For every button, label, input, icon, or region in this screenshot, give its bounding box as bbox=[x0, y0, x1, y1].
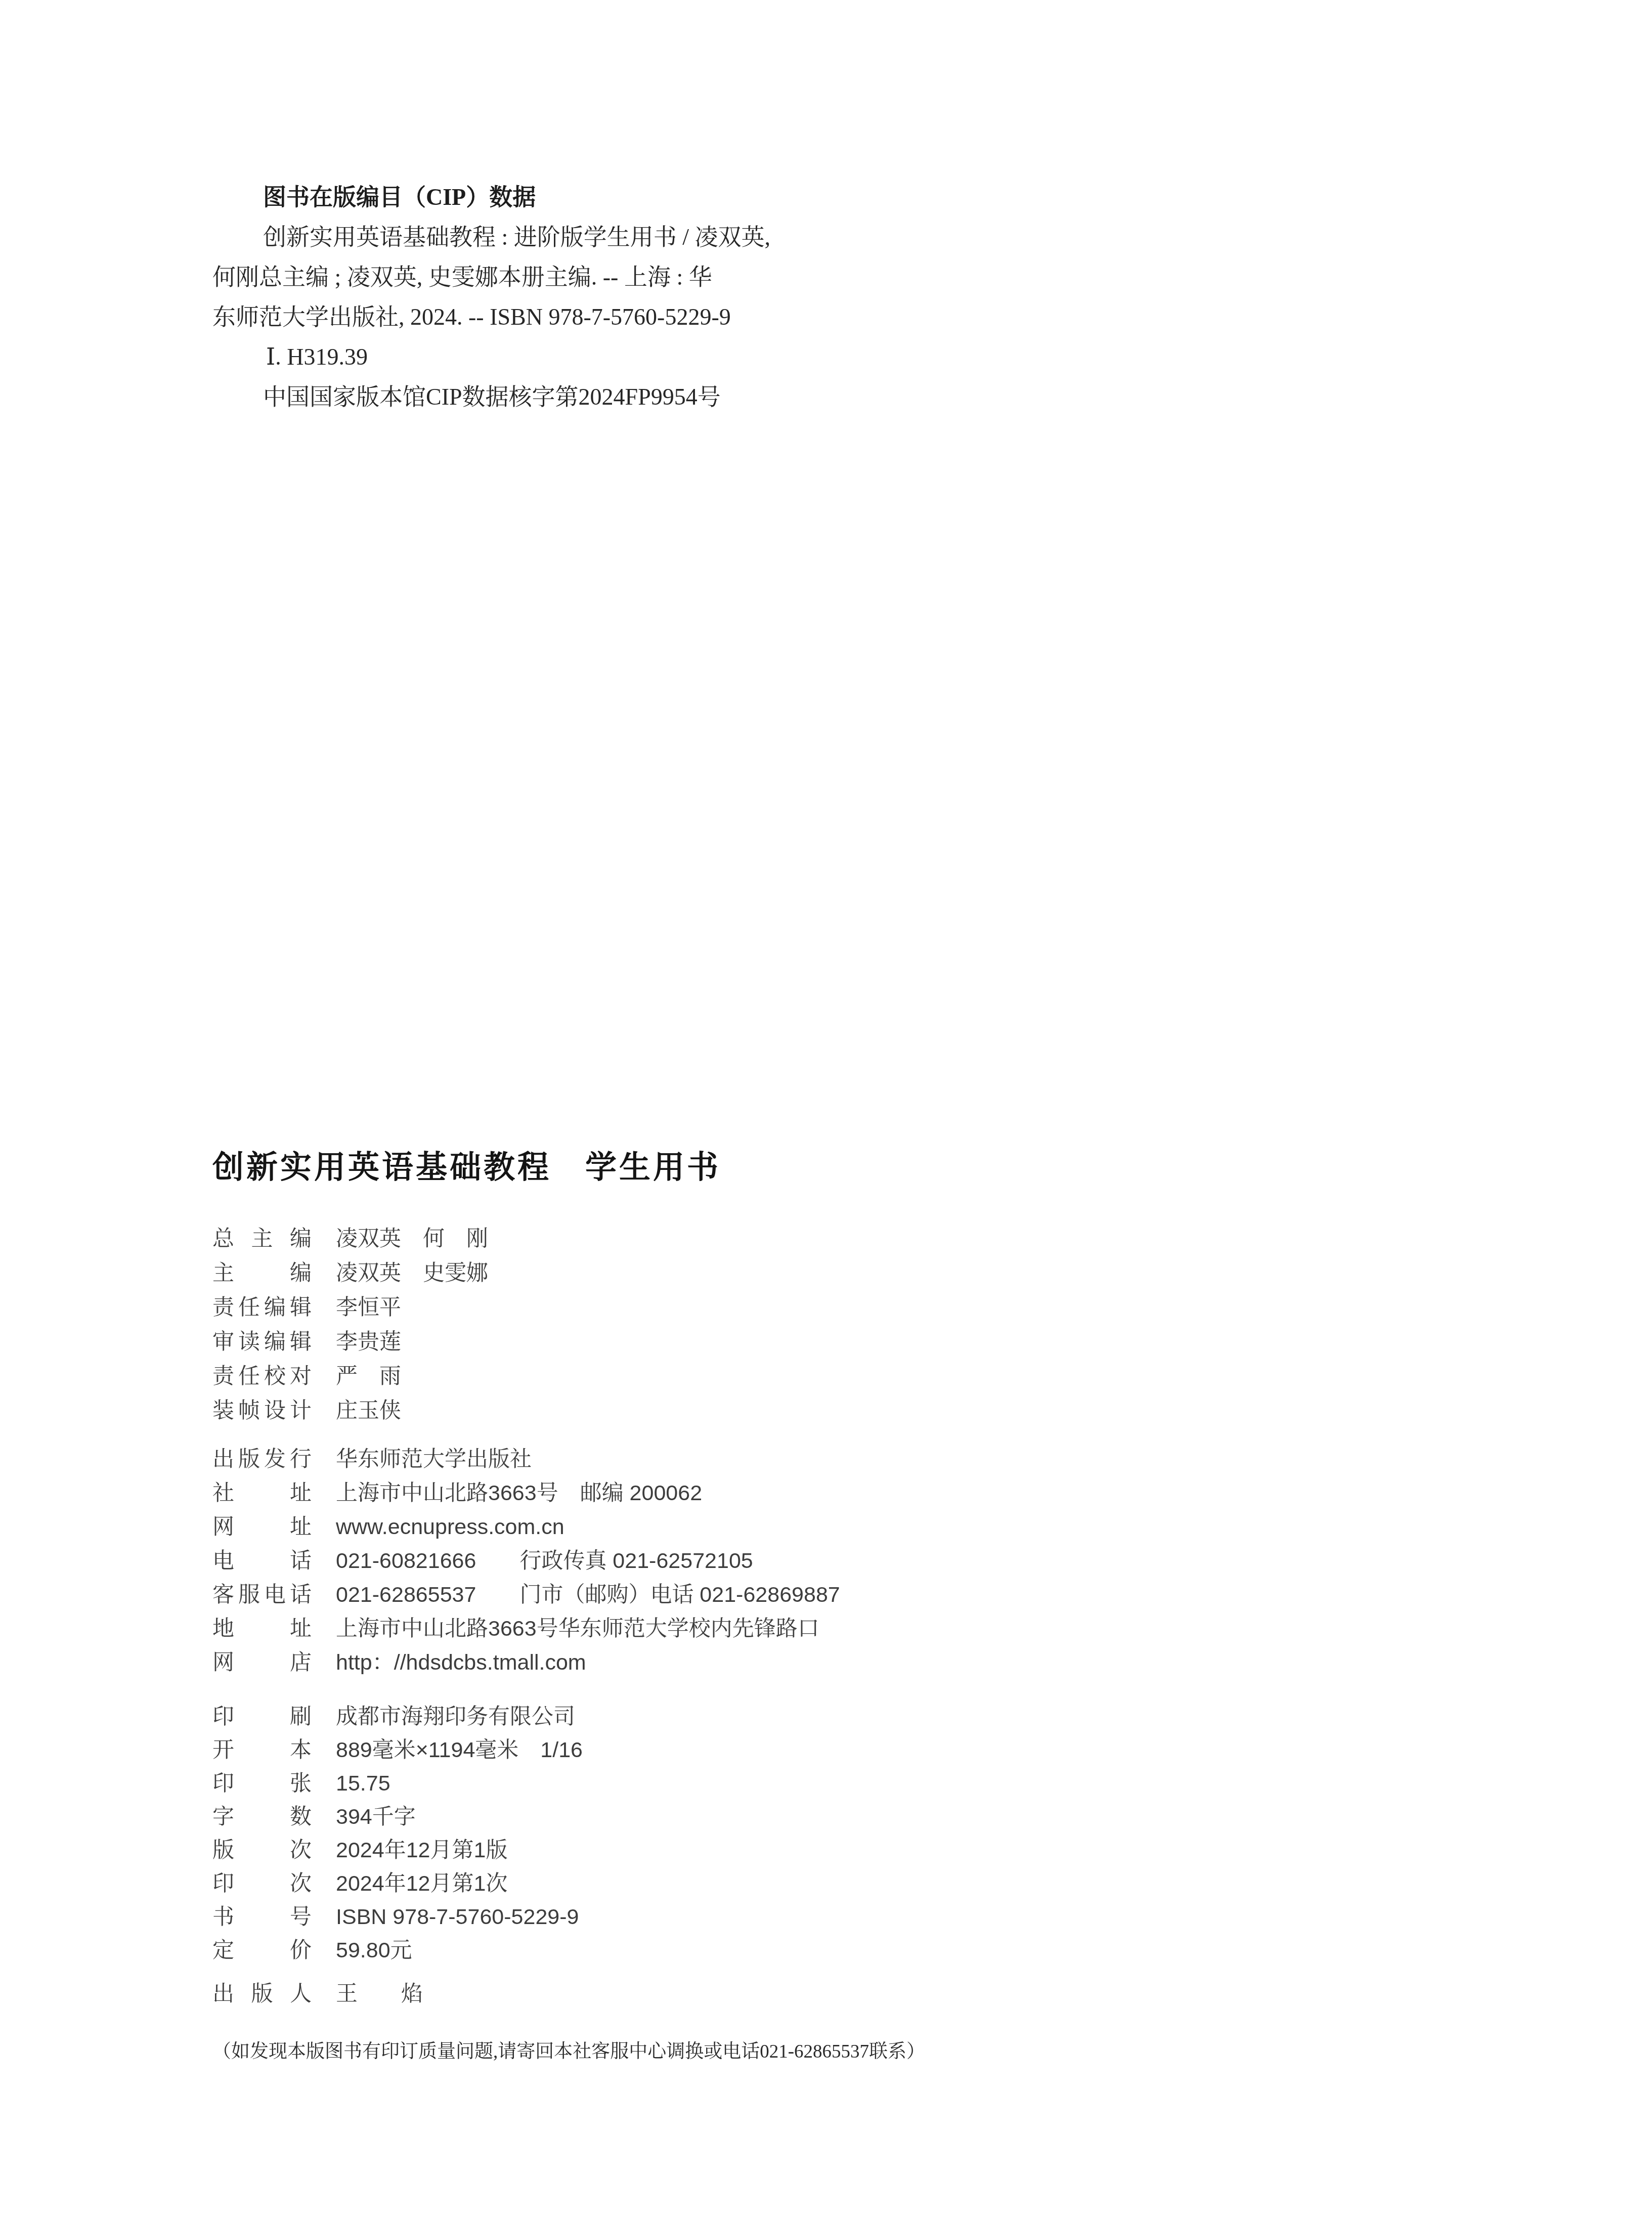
printing-value: 2024年12月第1版 bbox=[336, 1838, 507, 1862]
publisher-person-value: 王 焰 bbox=[336, 1982, 423, 2006]
printing-row: 定价59.80元 bbox=[212, 1934, 583, 1967]
publishing-row: 网址www.ecnupress.com.cn bbox=[212, 1510, 840, 1544]
publisher-person-block: 出版人王 焰 bbox=[212, 1978, 423, 2010]
cip-heading: 图书在版编目（CIP）数据 bbox=[212, 177, 921, 217]
publisher-person-label: 出版人 bbox=[212, 1978, 312, 2010]
publishing-value: www.ecnupress.com.cn bbox=[336, 1515, 564, 1539]
printing-row: 印张15.75 bbox=[212, 1767, 583, 1800]
publishing-value: 上海市中山北路3663号华东师范大学校内先锋路口 bbox=[336, 1617, 819, 1641]
printing-value: 15.75 bbox=[336, 1771, 390, 1796]
staff-value: 李恒平 bbox=[336, 1295, 401, 1320]
staff-label: 装帧设计 bbox=[212, 1393, 312, 1428]
publishing-label: 电话 bbox=[212, 1544, 312, 1578]
staff-value: 凌双英 史雯娜 bbox=[336, 1261, 488, 1285]
publishing-row: 地址上海市中山北路3663号华东师范大学校内先锋路口 bbox=[212, 1612, 840, 1646]
publishing-row: 出版发行华东师范大学出版社 bbox=[212, 1443, 840, 1476]
cip-line: 创新实用英语基础教程 : 进阶版学生用书 / 凌双英, bbox=[212, 217, 921, 257]
publishing-block: 出版发行华东师范大学出版社 社址上海市中山北路3663号 邮编 200062 网… bbox=[212, 1443, 840, 1680]
printing-label: 开本 bbox=[212, 1733, 312, 1767]
publishing-value: 021-60821666 行政传真 021-62572105 bbox=[336, 1549, 753, 1573]
staff-label: 主编 bbox=[212, 1256, 312, 1290]
cip-block: 图书在版编目（CIP）数据 创新实用英语基础教程 : 进阶版学生用书 / 凌双英… bbox=[212, 177, 921, 417]
staff-value: 严 雨 bbox=[336, 1364, 401, 1388]
printing-label: 印张 bbox=[212, 1767, 312, 1800]
staff-row: 装帧设计庄玉侠 bbox=[212, 1393, 488, 1428]
publishing-label: 客服电话 bbox=[212, 1578, 312, 1612]
publishing-label: 社址 bbox=[212, 1476, 312, 1510]
publishing-value: 021-62865537 门市（邮购）电话 021-62869887 bbox=[336, 1583, 840, 1607]
printing-value: 成都市海翔印务有限公司 bbox=[336, 1705, 575, 1729]
cip-line: 何刚总主编 ; 凌双英, 史雯娜本册主编. -- 上海 : 华 bbox=[212, 257, 921, 297]
copyright-page: 图书在版编目（CIP）数据 创新实用英语基础教程 : 进阶版学生用书 / 凌双英… bbox=[0, 0, 1652, 2225]
publisher-person-row: 出版人王 焰 bbox=[212, 1978, 423, 2010]
publishing-label: 出版发行 bbox=[212, 1443, 312, 1476]
publishing-row: 客服电话021-62865537 门市（邮购）电话 021-62869887 bbox=[212, 1578, 840, 1612]
printing-label: 定价 bbox=[212, 1934, 312, 1967]
printing-value: 2024年12月第1次 bbox=[336, 1871, 507, 1896]
printing-label: 印刷 bbox=[212, 1700, 312, 1733]
staff-row: 审读编辑李贵莲 bbox=[212, 1325, 488, 1359]
printing-value: 889毫米×1194毫米 1/16 bbox=[336, 1738, 583, 1762]
printing-row: 印次2024年12月第1次 bbox=[212, 1867, 583, 1900]
staff-row: 总主编凌双英 何 刚 bbox=[212, 1221, 488, 1256]
printing-value: 59.80元 bbox=[336, 1938, 412, 1962]
publishing-row: 网店http：//hdsdcbs.tmall.com bbox=[212, 1646, 840, 1680]
printing-label: 字数 bbox=[212, 1800, 312, 1834]
printing-label: 书号 bbox=[212, 1900, 312, 1934]
printing-label: 版次 bbox=[212, 1834, 312, 1867]
staff-value: 庄玉侠 bbox=[336, 1399, 401, 1423]
staff-row: 主编凌双英 史雯娜 bbox=[212, 1256, 488, 1290]
publishing-label: 网店 bbox=[212, 1646, 312, 1680]
staff-label: 审读编辑 bbox=[212, 1325, 312, 1359]
printing-value: 394千字 bbox=[336, 1805, 416, 1829]
printing-row: 书号ISBN 978-7-5760-5229-9 bbox=[212, 1900, 583, 1934]
publishing-value: 上海市中山北路3663号 邮编 200062 bbox=[336, 1481, 702, 1505]
staff-label: 责任校对 bbox=[212, 1359, 312, 1393]
staff-block: 总主编凌双英 何 刚 主编凌双英 史雯娜 责任编辑李恒平 审读编辑李贵莲 责任校… bbox=[212, 1221, 488, 1428]
printing-row: 字数394千字 bbox=[212, 1800, 583, 1834]
staff-row: 责任编辑李恒平 bbox=[212, 1290, 488, 1325]
staff-value: 李贵莲 bbox=[336, 1330, 401, 1354]
printing-value: ISBN 978-7-5760-5229-9 bbox=[336, 1905, 579, 1929]
cip-line: Ⅰ. H319.39 bbox=[212, 337, 921, 377]
publishing-label: 网址 bbox=[212, 1510, 312, 1544]
printing-row: 印刷成都市海翔印务有限公司 bbox=[212, 1700, 583, 1733]
staff-row: 责任校对严 雨 bbox=[212, 1359, 488, 1393]
quality-notice: （如发现本版图书有印订质量问题,请寄回本社客服中心调换或电话021-628655… bbox=[212, 2036, 925, 2063]
publishing-value: http：//hdsdcbs.tmall.com bbox=[336, 1650, 586, 1675]
staff-label: 总主编 bbox=[212, 1221, 312, 1256]
publishing-value: 华东师范大学出版社 bbox=[336, 1447, 532, 1471]
publishing-row: 电话021-60821666 行政传真 021-62572105 bbox=[212, 1544, 840, 1578]
printing-row: 开本889毫米×1194毫米 1/16 bbox=[212, 1733, 583, 1767]
printing-block: 印刷成都市海翔印务有限公司 开本889毫米×1194毫米 1/16 印张15.7… bbox=[212, 1700, 583, 1967]
cip-line: 中国国家版本馆CIP数据核字第2024FP9954号 bbox=[212, 377, 921, 417]
publishing-label: 地址 bbox=[212, 1612, 312, 1646]
publishing-row: 社址上海市中山北路3663号 邮编 200062 bbox=[212, 1476, 840, 1510]
staff-label: 责任编辑 bbox=[212, 1290, 312, 1325]
book-title: 创新实用英语基础教程 学生用书 bbox=[212, 1142, 721, 1187]
staff-value: 凌双英 何 刚 bbox=[336, 1227, 488, 1251]
printing-label: 印次 bbox=[212, 1867, 312, 1900]
printing-row: 版次2024年12月第1版 bbox=[212, 1834, 583, 1867]
cip-line: 东师范大学出版社, 2024. -- ISBN 978-7-5760-5229-… bbox=[212, 297, 921, 337]
